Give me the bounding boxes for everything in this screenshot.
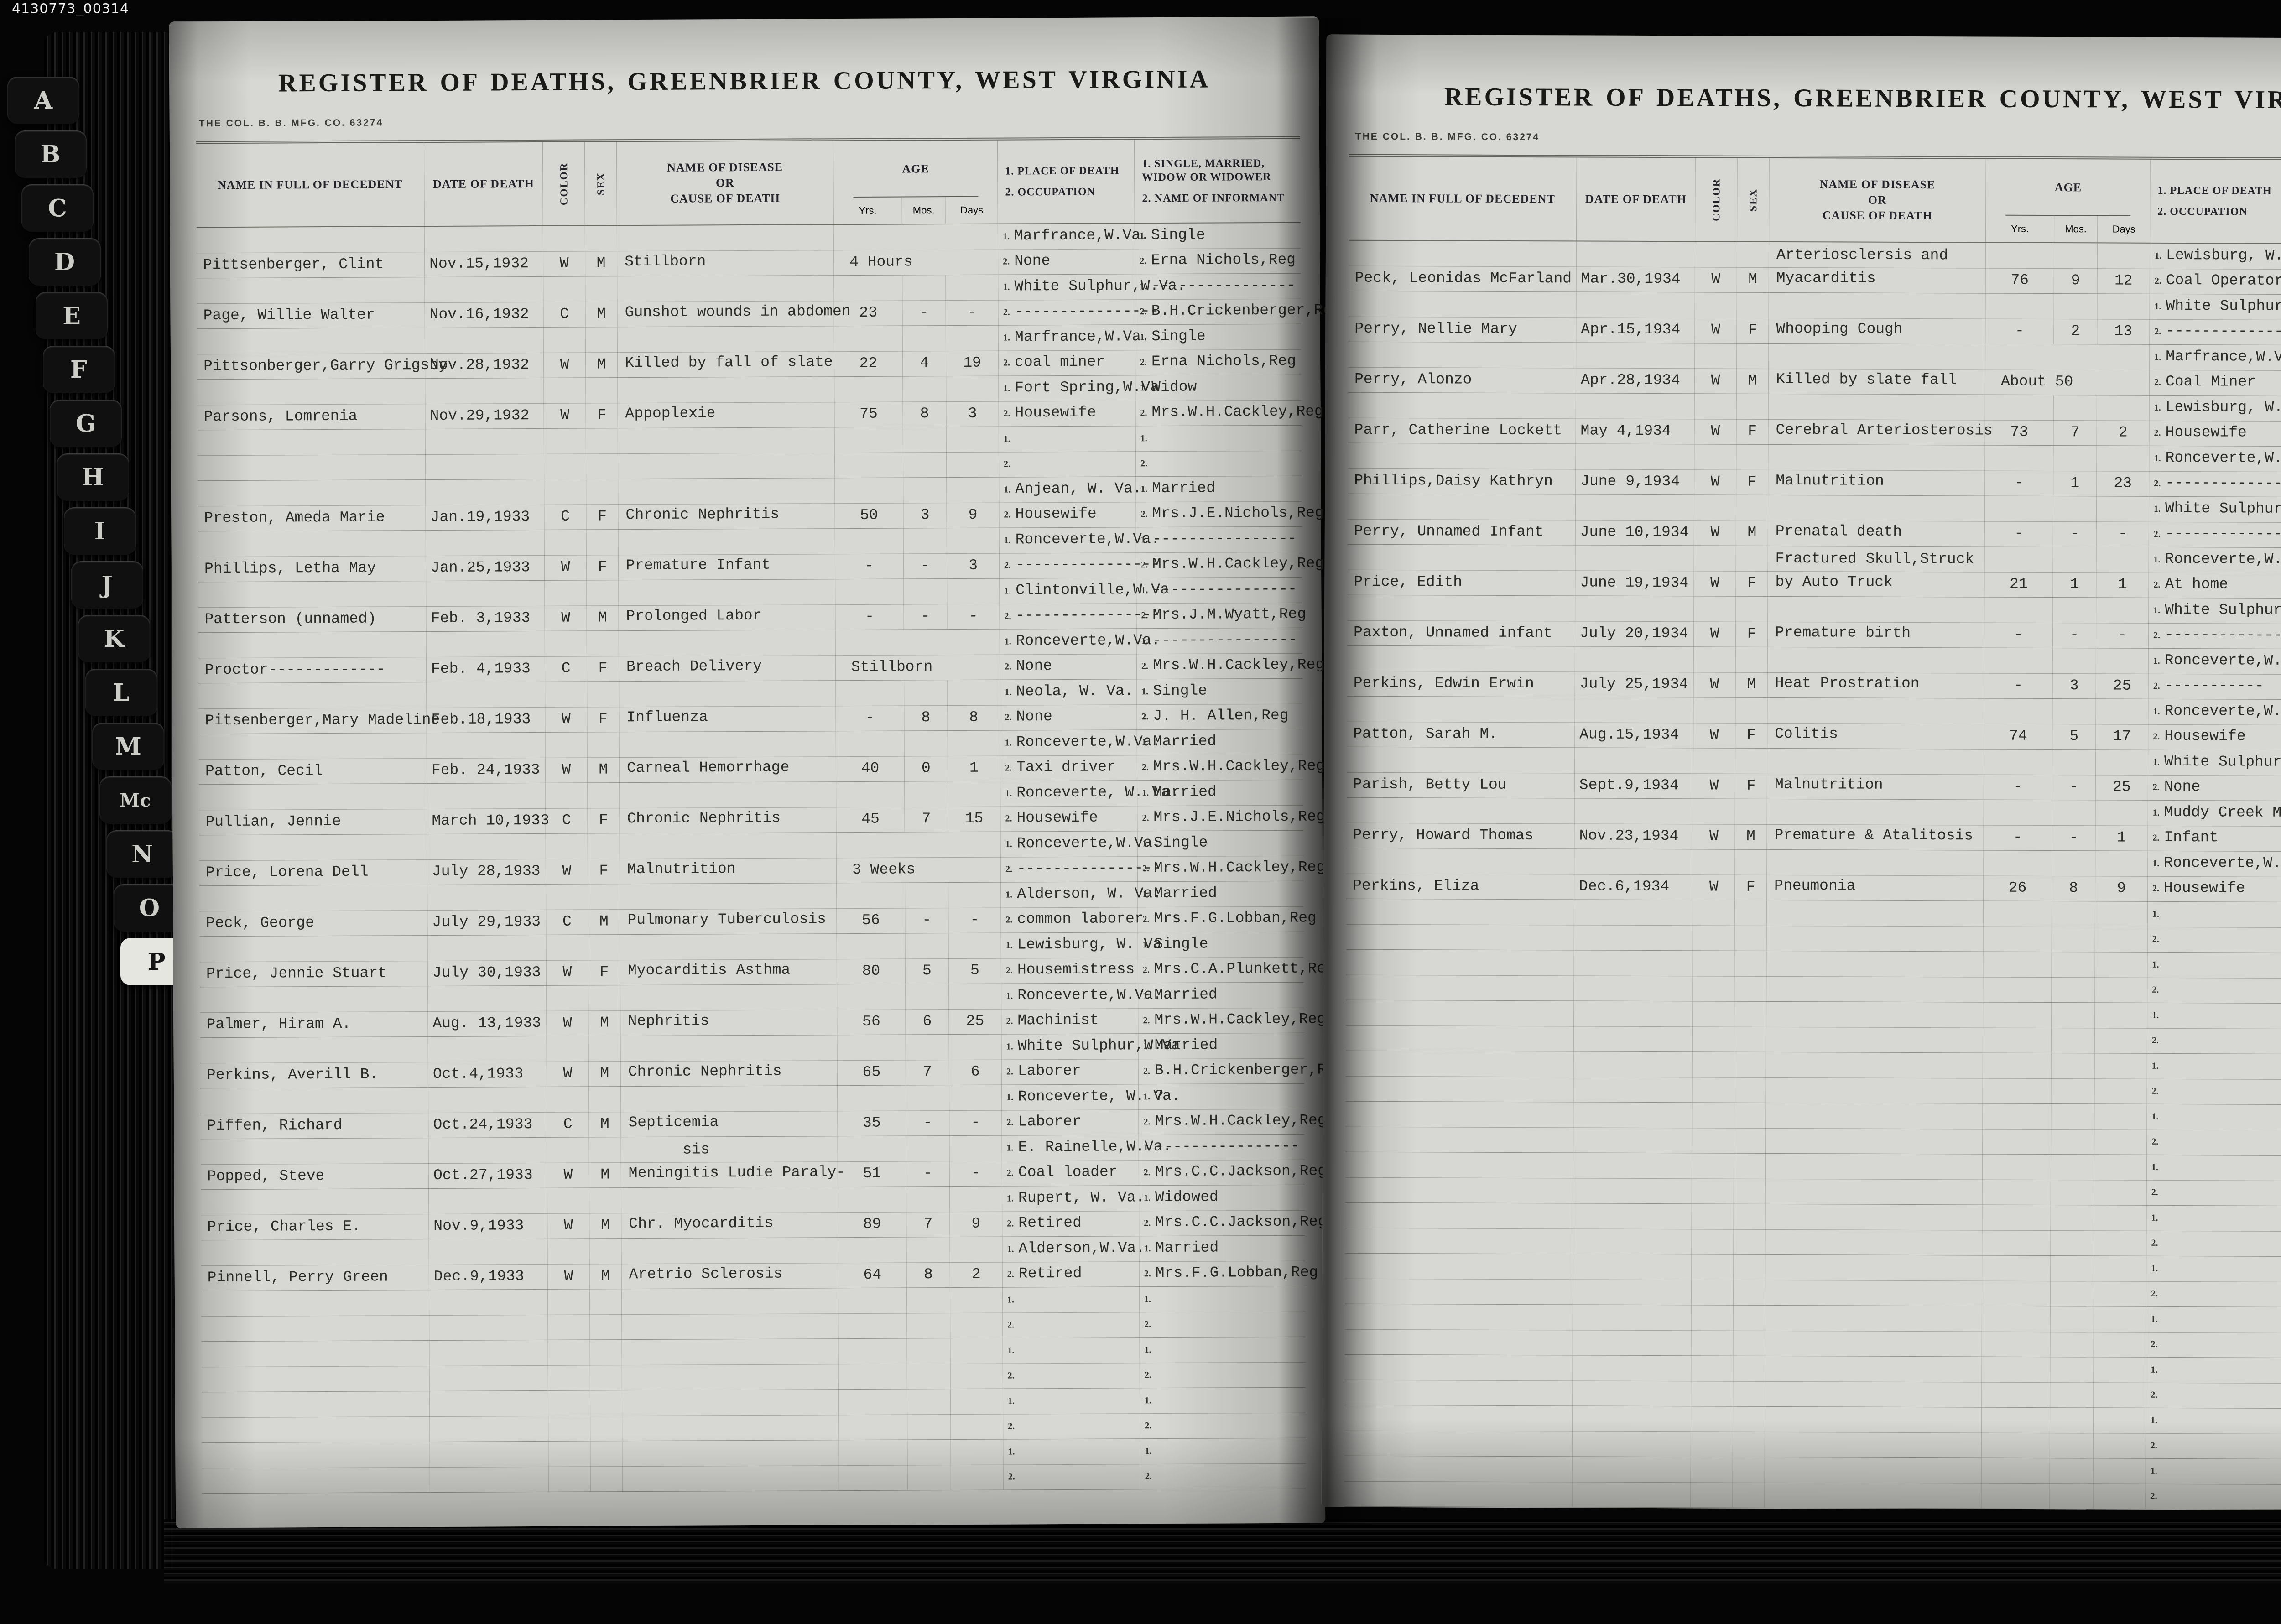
death-record-row: Pittsonberger,Garry GrigsbyNov.28,1932WM… bbox=[197, 324, 1301, 380]
status-informant-cell: 1.----------------2.B.H.Crickenberger,Re… bbox=[1135, 274, 1301, 325]
age-months-cell bbox=[2051, 1205, 2094, 1255]
table-body: Peck, Leonidas McFarlandMar.30,1934WMArt… bbox=[1344, 241, 2281, 1511]
sex-cell: F bbox=[587, 682, 619, 732]
place-occupation-cell: 1.2. bbox=[2147, 1155, 2281, 1206]
status-informant-cell: 1.Married2.Mrs.J.E.Nichols,Reg bbox=[1137, 780, 1303, 831]
line-number-marker: 1. bbox=[2154, 453, 2161, 464]
age-months-cell: - bbox=[904, 579, 947, 629]
age-years-cell: 80 bbox=[837, 933, 906, 984]
line-value: Lewisburg, W. Va. bbox=[2166, 399, 2281, 416]
line-number-marker: 2. bbox=[1142, 813, 1149, 823]
line-value: Single bbox=[1151, 227, 1205, 244]
age-days-cell bbox=[2094, 1306, 2146, 1357]
cause-of-death-cell: Myocarditis Asthma bbox=[620, 934, 837, 985]
sex-cell: F bbox=[1737, 293, 1769, 343]
line-number-marker: 2. bbox=[1143, 1066, 1150, 1077]
death-record-row: Palmer, Hiram A.Aug. 13,1933WMNephritis5… bbox=[200, 983, 1304, 1038]
index-tab-B: B bbox=[15, 130, 87, 178]
sex-cell bbox=[1733, 1407, 1765, 1457]
date-of-death-cell: Aug. 13,1933 bbox=[428, 986, 547, 1036]
cause-line: Malnutrition bbox=[1775, 773, 1984, 797]
line-number-marker: 1. bbox=[1142, 838, 1149, 849]
cause-of-death-cell: Chronic Nephritis bbox=[621, 1035, 838, 1086]
record-line: 1. bbox=[2148, 902, 2281, 927]
age-days-cell: 1 bbox=[2096, 547, 2149, 597]
line-number-marker: 1. bbox=[1003, 282, 1010, 292]
record-line: 2. bbox=[2148, 927, 2281, 953]
line-value: ---------------- bbox=[1152, 581, 1297, 598]
record-line: 1. bbox=[1140, 1286, 1305, 1312]
line-number-marker: 1. bbox=[2151, 1213, 2158, 1223]
date-of-death-cell bbox=[1573, 1254, 1692, 1305]
status-informant-cell: 1.2. bbox=[1140, 1286, 1305, 1338]
color-cell: C bbox=[546, 885, 588, 935]
decedent-name-cell bbox=[1346, 899, 1574, 950]
place-occupation-cell: 1.2. bbox=[2148, 902, 2281, 953]
place-occupation-cell: 1.Fort Spring,W.Va2.Housewife bbox=[999, 375, 1135, 426]
age-months-cell: 0 bbox=[905, 731, 948, 781]
cause-line: Premature & Atalitosis bbox=[1774, 823, 1983, 848]
record-line: 2.Mrs.W.H.Cackley,Reg bbox=[1135, 400, 1301, 426]
age-months-cell: - bbox=[906, 1136, 949, 1186]
age-days-cell: - bbox=[2096, 598, 2149, 648]
status-informant-cell: 1.Single2.Mrs.C.A.Plunkett,Reg bbox=[1138, 932, 1304, 983]
index-tab-C: C bbox=[21, 184, 94, 232]
record-line: 1.Lewisburg, W. Va. bbox=[2150, 244, 2281, 269]
col-header-age-yrs: Yrs. bbox=[834, 198, 902, 224]
death-record-row: Patton, CecilFeb. 24,1933WMCarneal Hemor… bbox=[199, 729, 1303, 785]
age-years-cell bbox=[1983, 1003, 2052, 1053]
cause-of-death-cell: Chronic Nephritis bbox=[620, 782, 836, 833]
col-header-status: 1. SINGLE, MARRIED, WIDOW OR WIDOWER bbox=[1142, 156, 1293, 184]
line-value: ----------- bbox=[2165, 677, 2264, 694]
line-value: J. H. Allen,Reg bbox=[1153, 707, 1288, 724]
index-tab-E: E bbox=[36, 292, 108, 339]
age-years-cell bbox=[838, 1288, 907, 1338]
record-line: 1.---------------- bbox=[1137, 628, 1302, 654]
record-line: 2.---------------- bbox=[2149, 471, 2281, 497]
place-occupation-cell: 1.2. bbox=[999, 426, 1136, 477]
age-months-cell bbox=[2051, 1053, 2094, 1103]
age-years-cell bbox=[835, 427, 903, 478]
line-number-marker: 1. bbox=[2151, 1416, 2157, 1426]
decedent-name-cell: Pittsonberger,Garry Grigsby bbox=[197, 328, 425, 379]
date-of-death-cell: June 10,1934 bbox=[1576, 494, 1694, 545]
col-header-age-mos: Mos. bbox=[902, 197, 946, 224]
record-line: 2.---------------- bbox=[1000, 603, 1136, 629]
sex-cell: F bbox=[588, 783, 620, 833]
color-cell: W bbox=[1694, 546, 1736, 596]
col-header-age-group: AGE Yrs. Mos. Days bbox=[833, 141, 998, 224]
empty-row: 1.2.1.2. bbox=[1345, 1152, 2281, 1207]
age-years-cell: - bbox=[1984, 648, 2053, 699]
record-line: 1.Ronceverte,W.Va. bbox=[2149, 446, 2281, 472]
col-header-age-mos: Mos. bbox=[2054, 216, 2098, 242]
age-years-cell: - bbox=[1984, 598, 2053, 648]
age-years-cell: - bbox=[836, 680, 904, 731]
decedent-name-cell: Page, Willie Walter bbox=[197, 277, 425, 328]
record-line: 2. bbox=[1140, 1413, 1306, 1439]
sex-cell: F bbox=[588, 833, 620, 884]
line-number-marker: 2. bbox=[1144, 1218, 1151, 1228]
decedent-name-cell: Pitsenberger,Mary Madeline bbox=[198, 682, 427, 734]
decedent-name-cell: Pullian, Jennie bbox=[199, 784, 427, 835]
line-number-marker: 2. bbox=[1005, 915, 1012, 925]
age-days-cell bbox=[2095, 1003, 2147, 1053]
age-months-cell: 9 bbox=[2054, 243, 2098, 293]
line-number-marker: 1. bbox=[2154, 504, 2161, 515]
line-number-marker: 2. bbox=[2151, 1441, 2157, 1451]
death-record-row: Parish, Betty LouSept.9,1934WFMalnutriti… bbox=[1347, 747, 2281, 802]
line-number-marker: 2. bbox=[1005, 813, 1012, 824]
sex-cell bbox=[1734, 1154, 1766, 1204]
cause-line: by Auto Truck bbox=[1775, 570, 1984, 594]
line-number-marker: 2. bbox=[2152, 833, 2159, 843]
line-value: Coal Operator bbox=[2166, 272, 2281, 289]
date-of-death-cell: Nov.29,1932 bbox=[425, 378, 544, 429]
cause-of-death-cell bbox=[1765, 1306, 1982, 1357]
age-years-cell: 22 bbox=[834, 326, 903, 377]
record-line: 2.Laborer bbox=[1002, 1059, 1138, 1084]
place-occupation-cell: 1.White Sulphur,W.Va2.---------------- bbox=[2150, 294, 2281, 345]
status-informant-cell: 1.Single2.Erna Nichols,Reg bbox=[1135, 324, 1301, 375]
col-header-place: 1. PLACE OF DEATH bbox=[2157, 184, 2271, 198]
color-cell: W bbox=[546, 733, 588, 783]
age-days-cell: 2 bbox=[950, 1237, 1002, 1288]
line-number-marker: 2. bbox=[2153, 782, 2160, 793]
cause-of-death-cell bbox=[622, 1440, 839, 1491]
record-line: 1.Married bbox=[1138, 881, 1303, 907]
sex-cell: M bbox=[585, 276, 617, 327]
color-cell: W bbox=[544, 328, 586, 378]
col-header-sex: SEX bbox=[585, 142, 617, 225]
record-line: 2. bbox=[2146, 1383, 2281, 1408]
place-occupation-cell: 1.White Sulphur,W.Va2.---------------- bbox=[2149, 598, 2281, 649]
place-occupation-cell: 1.Ronceverte,W.Va.2.None bbox=[1000, 629, 1137, 679]
date-of-death-cell: Jan.19,1933 bbox=[426, 479, 544, 530]
color-cell bbox=[1692, 1052, 1734, 1102]
line-number-marker: 1. bbox=[1141, 687, 1148, 697]
line-number-marker: 1. bbox=[2151, 1466, 2157, 1477]
sex-cell bbox=[1734, 1306, 1765, 1356]
age-months-cell bbox=[2050, 1458, 2093, 1509]
death-record-row: Peck, GeorgeJuly 29,1933CMPulmonary Tube… bbox=[199, 881, 1303, 937]
age-months-cell bbox=[2052, 952, 2095, 1002]
index-tab-J: J bbox=[71, 561, 143, 609]
index-tab-Mc: Mc bbox=[99, 776, 172, 824]
age-years-cell: 26 bbox=[1984, 851, 2052, 901]
line-number-marker: 1. bbox=[1140, 231, 1146, 241]
record-line: 1.Married bbox=[1139, 1033, 1304, 1059]
sex-cell: M bbox=[588, 884, 620, 934]
place-occupation-cell: 1.2. bbox=[2147, 1003, 2281, 1054]
line-value: Machinist bbox=[1017, 1012, 1099, 1029]
line-number-marker: 2. bbox=[1145, 1421, 1151, 1431]
age-days-cell: 25 bbox=[2096, 648, 2149, 698]
line-number-marker: 2. bbox=[1141, 712, 1148, 722]
death-record-row: Perry, Howard ThomasNov.23,1934WMPrematu… bbox=[1346, 798, 2281, 853]
color-cell: W bbox=[1695, 394, 1737, 444]
record-line: 1.Marfrance,W.Va. bbox=[999, 325, 1135, 350]
cause-line: Septicemia bbox=[628, 1110, 837, 1134]
record-line: 2. bbox=[2146, 1484, 2281, 1509]
age-years-cell: 51 bbox=[838, 1136, 906, 1187]
age-years-cell bbox=[1982, 1357, 2050, 1408]
date-of-death-cell: Jan.25,1933 bbox=[426, 530, 545, 581]
col-header-color-label: COLOR bbox=[558, 162, 570, 205]
age-days-cell: 25 bbox=[2096, 750, 2148, 800]
line-number-marker: 2. bbox=[1007, 1320, 1014, 1330]
empty-row: 1.2.1.2. bbox=[201, 1337, 1305, 1393]
decedent-name-cell: Parr, Catherine Lockett bbox=[1348, 393, 1576, 444]
table-header: NAME IN FULL OF DECEDENT DATE OF DEATH C… bbox=[196, 139, 1301, 228]
line-number-marker: 2. bbox=[2152, 985, 2159, 995]
col-header-age-yrs: Yrs. bbox=[1986, 216, 2054, 243]
line-value: Housemistress bbox=[1017, 961, 1135, 978]
line-number-marker: 1. bbox=[1004, 434, 1010, 444]
line-number-marker: 2. bbox=[1007, 1218, 1014, 1229]
age-days-cell: 5 bbox=[949, 933, 1001, 984]
place-occupation-cell: 1.Lewisburg, W. Va.2.Housewife bbox=[2150, 396, 2281, 446]
line-number-marker: 2. bbox=[1005, 864, 1012, 874]
line-number-marker: 2. bbox=[2152, 1086, 2159, 1097]
record-line: 2.Coal Operator bbox=[2150, 269, 2281, 294]
record-line: 1.Ronceverte,W.Va. bbox=[1000, 629, 1136, 654]
line-value: Anjean, W. Va. bbox=[1015, 480, 1141, 497]
age-days-cell: 2 bbox=[2097, 395, 2150, 445]
decedent-name-cell: Pinnell, Perry Green bbox=[201, 1239, 429, 1291]
line-value: Housewife bbox=[1015, 404, 1096, 422]
record-line: 1.Married bbox=[1137, 729, 1303, 755]
place-occupation-cell: 1.Neola, W. Va.2.None bbox=[1000, 679, 1137, 730]
date-of-death-cell bbox=[1574, 1001, 1693, 1051]
cause-line: Prenatal death bbox=[1776, 520, 1984, 544]
cause-of-death-cell: Carneal Hemorrhage bbox=[620, 731, 836, 782]
age-days-cell: 1 bbox=[948, 731, 1000, 781]
status-informant-cell: 1.2. bbox=[1136, 426, 1302, 477]
place-occupation-cell: 1.Ronceverte,W.Va.2.Housewife bbox=[2148, 699, 2281, 750]
col-header-place-occupation: 1. PLACE OF DEATH 2. OCCUPATION bbox=[2150, 160, 2281, 243]
decedent-name-cell: Patterson (unnamed) bbox=[198, 581, 426, 632]
line-value: B.H.Crickenberger,Reg bbox=[1151, 302, 1341, 319]
decedent-name-cell: Perkins, Edwin Erwin bbox=[1347, 646, 1575, 697]
date-of-death-cell bbox=[429, 1340, 548, 1391]
line-number-marker: 1. bbox=[1144, 1193, 1151, 1203]
col-header-sex-label: SEX bbox=[1747, 188, 1759, 211]
age-days-cell: 9 bbox=[950, 1187, 1002, 1237]
record-line: 2.---------------- bbox=[1000, 552, 1136, 578]
color-cell: W bbox=[1693, 849, 1735, 900]
cause-of-death-cell: Killed by slate fall bbox=[1769, 344, 1985, 395]
age-years-cell: 89 bbox=[838, 1187, 906, 1237]
death-record-row: Perry, Unnamed InfantJune 10,1934WMPrena… bbox=[1348, 494, 2281, 549]
age-years-cell: 56 bbox=[837, 883, 905, 933]
decedent-name-cell bbox=[1346, 950, 1574, 1001]
record-line: 2.Mrs.F.G.Lobban,Reg bbox=[1140, 1261, 1305, 1287]
line-value: Housewife bbox=[2166, 424, 2247, 441]
index-tab-G: G bbox=[50, 400, 122, 447]
record-line: 1.Ronceverte,W.Va. bbox=[2149, 649, 2281, 674]
line-value: Widowed bbox=[1155, 1189, 1219, 1206]
line-value: Married bbox=[1155, 1037, 1218, 1054]
cause-of-death-cell: sisMeningitis Ludie Paraly- bbox=[621, 1136, 838, 1187]
status-informant-cell: 1.Married2.Mrs.F.G.Lobban,Reg bbox=[1139, 1236, 1305, 1287]
line-value: Muddy Creek Mtn bbox=[2164, 804, 2281, 821]
line-number-marker: 2. bbox=[2152, 884, 2159, 894]
cause-of-death-cell: Aretrio Sclerosis bbox=[621, 1238, 838, 1289]
cause-of-death-cell bbox=[1766, 1103, 1983, 1154]
cause-line: Gunshot wounds in abdomen bbox=[625, 300, 833, 324]
record-line: 2.Housemistress bbox=[1001, 958, 1138, 983]
cause-line: Whooping Cough bbox=[1776, 317, 1985, 341]
decedent-name-cell: Perry, Unnamed Infant bbox=[1348, 494, 1576, 545]
decedent-name-cell: Parsons, Lomrenia bbox=[197, 379, 425, 430]
line-number-marker: 2. bbox=[1140, 458, 1147, 469]
empty-row: 1.2.1.2. bbox=[201, 1286, 1305, 1342]
line-number-marker: 1. bbox=[1143, 1092, 1150, 1102]
cause-line: Fractured Skull,Struck bbox=[1776, 547, 1984, 571]
cause-of-death-cell: Premature birth bbox=[1768, 597, 1984, 648]
line-number-marker: 1. bbox=[1143, 1041, 1150, 1051]
decedent-name-cell: Pittsenberger, Clint bbox=[197, 227, 425, 278]
decedent-name-cell: Palmer, Hiram A. bbox=[200, 986, 428, 1037]
col-header-cause: NAME OF DISEASE OR CAUSE OF DEATH bbox=[617, 141, 834, 225]
line-number-marker: 1. bbox=[1143, 990, 1150, 1001]
col-header-cause: NAME OF DISEASE OR CAUSE OF DEATH bbox=[1769, 158, 1986, 242]
col-header-occupation: 2. OCCUPATION bbox=[2157, 205, 2248, 219]
age-years-cell: 75 bbox=[834, 377, 903, 427]
empty-row: 1.2.1.2. bbox=[1346, 950, 2281, 1005]
decedent-name-cell: Perry, Nellie Mary bbox=[1348, 291, 1576, 343]
line-number-marker: 2. bbox=[2153, 681, 2160, 692]
sex-cell: F bbox=[1736, 546, 1768, 596]
date-of-death-cell: July 28,1933 bbox=[427, 834, 546, 885]
status-informant-cell: 1.----------------2.Mrs.W.H.Cackley,Reg bbox=[1136, 527, 1302, 578]
color-cell: W bbox=[547, 1036, 589, 1087]
scan-frame-id: 4130773_00314 bbox=[12, 1, 129, 17]
record-line: 2.Mrs.W.H.Cackley,Reg bbox=[1139, 1109, 1304, 1135]
record-line: 2.Coal loader bbox=[1002, 1160, 1139, 1186]
decedent-name-cell bbox=[202, 1442, 430, 1493]
age-days-cell bbox=[2094, 1205, 2146, 1255]
age-months-cell bbox=[907, 1338, 950, 1389]
age-days-cell: - bbox=[947, 579, 1000, 630]
line-number-marker: 2. bbox=[1008, 1421, 1015, 1431]
decedent-name-cell: Perry, Howard Thomas bbox=[1346, 798, 1574, 849]
date-of-death-cell bbox=[1573, 1051, 1692, 1102]
date-of-death-cell: May 4,1934 bbox=[1576, 393, 1695, 444]
line-value: Mrs.W.H.Cackley,Reg bbox=[1153, 656, 1324, 674]
line-number-marker: 2. bbox=[1141, 661, 1148, 671]
decedent-name-cell: Preston, Ameda Marie bbox=[198, 480, 426, 531]
date-of-death-cell: Mar.30,1934 bbox=[1577, 241, 1695, 292]
status-informant-cell: 1.----------------2.Mrs.W.H.Cackley,Reg bbox=[1137, 628, 1302, 679]
line-value: ---------------- bbox=[2166, 323, 2281, 340]
cause-line: Stillborn bbox=[625, 249, 833, 273]
line-number-marker: 1. bbox=[2153, 605, 2160, 616]
age-months-cell: 7 bbox=[906, 1187, 950, 1237]
color-cell: W bbox=[547, 1239, 589, 1289]
record-line: 1.Marfrance,W.Va. bbox=[2150, 345, 2281, 370]
record-line: 1. bbox=[1140, 1337, 1305, 1363]
sex-cell: F bbox=[588, 935, 620, 985]
line-number-marker: 2. bbox=[2153, 732, 2160, 742]
line-number-marker: 1. bbox=[1006, 991, 1013, 1001]
sex-cell: F bbox=[586, 378, 618, 428]
page-title: REGISTER OF DEATHS, GREENBRIER COUNTY, W… bbox=[169, 64, 1319, 99]
death-record-row: Preston, Ameda MarieJan.19,1933CFChronic… bbox=[198, 476, 1302, 532]
sex-cell: M bbox=[585, 226, 617, 276]
place-occupation-cell: 1.Ronceverte,W.Va.2.Taxi driver bbox=[1000, 730, 1137, 781]
cause-line: Malnutrition bbox=[1776, 469, 1984, 493]
line-value: coal miner bbox=[1015, 354, 1105, 371]
age-years-cell: - bbox=[1984, 800, 2052, 851]
age-days-cell: 9 bbox=[947, 478, 999, 528]
age-days-cell: - bbox=[948, 883, 1001, 933]
age-months-cell bbox=[903, 427, 947, 477]
age-days-cell bbox=[2094, 1155, 2147, 1205]
record-line: 2. bbox=[2146, 1281, 2281, 1307]
cause-of-death-cell: Pulmonary Tuberculosis bbox=[620, 883, 837, 934]
line-number-marker: 2. bbox=[1004, 459, 1010, 469]
decedent-name-cell bbox=[1345, 1051, 1573, 1102]
record-line: 1.Fort Spring,W.Va bbox=[999, 375, 1135, 401]
line-value: Single bbox=[1154, 936, 1208, 953]
death-record-row: Patterson (unnamed)Feb. 3,1933WMProlonge… bbox=[198, 578, 1302, 633]
record-line: 1.Single bbox=[1138, 831, 1303, 857]
cause-of-death-cell bbox=[1766, 1002, 1983, 1053]
record-line: 1.---------------- bbox=[1136, 578, 1302, 604]
empty-row: 1.2.1.2. bbox=[202, 1438, 1306, 1494]
color-cell bbox=[548, 1391, 590, 1441]
place-occupation-cell: 1.Alderson,W.Va.2.Retired bbox=[1002, 1236, 1139, 1287]
sex-cell bbox=[590, 1390, 622, 1441]
line-number-marker: 1. bbox=[1140, 281, 1146, 292]
line-number-marker: 2. bbox=[1007, 1168, 1014, 1178]
line-number-marker: 1. bbox=[1140, 433, 1147, 444]
age-months-cell: - bbox=[2053, 496, 2097, 547]
color-cell bbox=[1692, 1204, 1734, 1254]
color-cell: W bbox=[547, 1138, 589, 1188]
record-line: 2. bbox=[2147, 1079, 2281, 1104]
record-line: 2.Mrs.C.A.Plunkett,Reg bbox=[1138, 957, 1304, 983]
record-line: 2.---------------- bbox=[2150, 319, 2281, 345]
age-months-cell: 4 bbox=[903, 326, 946, 376]
sex-cell bbox=[586, 428, 618, 479]
decedent-name-cell bbox=[1345, 1152, 1573, 1203]
death-record-row: Phillips, Letha MayJan.25,1933WFPrematur… bbox=[198, 527, 1302, 583]
age-years-cell bbox=[1982, 1256, 2051, 1306]
line-number-marker: 1. bbox=[1144, 1142, 1151, 1153]
color-cell: W bbox=[1694, 596, 1736, 646]
date-of-death-cell: Nov.15,1932 bbox=[425, 226, 543, 277]
line-number-marker: 1. bbox=[1006, 1041, 1013, 1052]
age-cell: About 50 bbox=[1985, 344, 2150, 395]
line-number-marker: 1. bbox=[1142, 737, 1149, 748]
line-value: Infant bbox=[2164, 829, 2218, 846]
age-years-cell: 35 bbox=[838, 1085, 906, 1136]
line-value: Mrs.C.C.Jackson,Reg bbox=[1155, 1162, 1327, 1180]
line-number-marker: 1. bbox=[1007, 1193, 1014, 1204]
date-of-death-cell: July 29,1933 bbox=[427, 885, 546, 935]
sex-cell: M bbox=[589, 1137, 621, 1187]
empty-row: 1.2.1.2. bbox=[1345, 1254, 2281, 1308]
color-cell bbox=[548, 1442, 590, 1492]
decedent-name-cell: Peck, George bbox=[199, 885, 427, 936]
record-line: 1.Married bbox=[1138, 983, 1304, 1009]
age-years-cell: 65 bbox=[838, 1035, 906, 1085]
record-line: 1. bbox=[1140, 1388, 1306, 1414]
